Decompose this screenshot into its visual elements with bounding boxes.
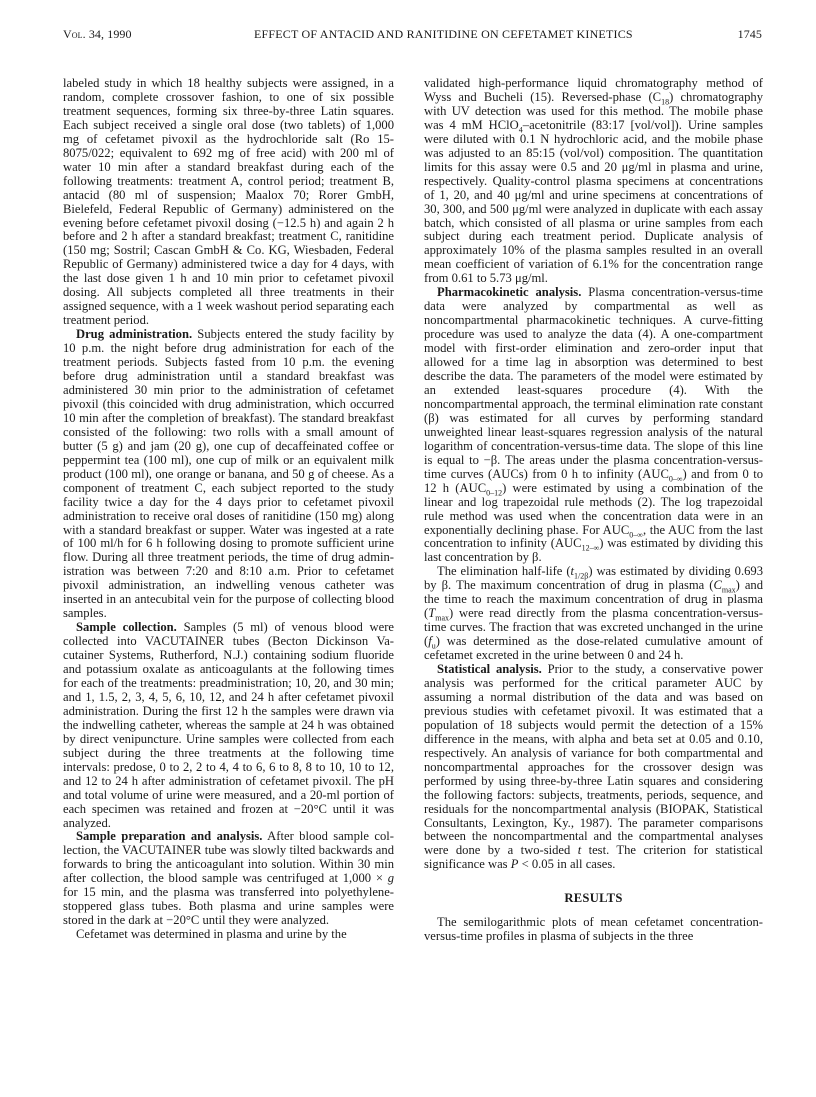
- paragraph-sample-preparation: Sample preparation and analysis. After b…: [63, 830, 394, 928]
- heading-pharmacokinetic-analysis: Pharmacokinetic analysis.: [437, 285, 581, 299]
- heading-sample-collection: Sample collection.: [76, 620, 177, 634]
- left-column: labeled study in which 18 healthy subjec…: [63, 77, 394, 942]
- paragraph-drug-administration: Drug administration. Subjects entered th…: [63, 328, 394, 621]
- running-title: EFFECT OF ANTACID AND RANITIDINE ON CEFE…: [254, 27, 633, 42]
- paragraph-sample-collection: Sample collection. Samples (5 ml) of ven…: [63, 621, 394, 830]
- heading-sample-preparation: Sample preparation and analysis.: [76, 829, 262, 843]
- running-header: Vol. 34, 1990 EFFECT OF ANTACID AND RANI…: [63, 27, 762, 43]
- heading-drug-administration: Drug administration.: [76, 327, 192, 341]
- right-column: validated high-performance liquid chroma…: [424, 77, 763, 944]
- journal-volume: Vol. 34, 1990: [63, 27, 132, 42]
- paragraph-results-intro: The semilogarithmic plots of mean cefeta…: [424, 916, 763, 944]
- paragraph-study-design: labeled study in which 18 healthy subjec…: [63, 77, 394, 328]
- paragraph-cefetamet-determination: Cefetamet was determined in plasma and u…: [63, 928, 394, 942]
- paragraph-hplc-method: validated high-performance liquid chroma…: [424, 77, 763, 286]
- page-number: 1745: [738, 27, 762, 42]
- paragraph-statistical-analysis: Statistical analysis. Prior to the study…: [424, 663, 763, 872]
- paragraph-pharmacokinetic-analysis: Pharmacokinetic analysis. Plasma concent…: [424, 286, 763, 565]
- paragraph-half-life: The elimination half-life (t1/2β) was es…: [424, 565, 763, 663]
- section-heading-results: RESULTS: [424, 892, 763, 906]
- heading-statistical-analysis: Statistical analysis.: [437, 662, 542, 676]
